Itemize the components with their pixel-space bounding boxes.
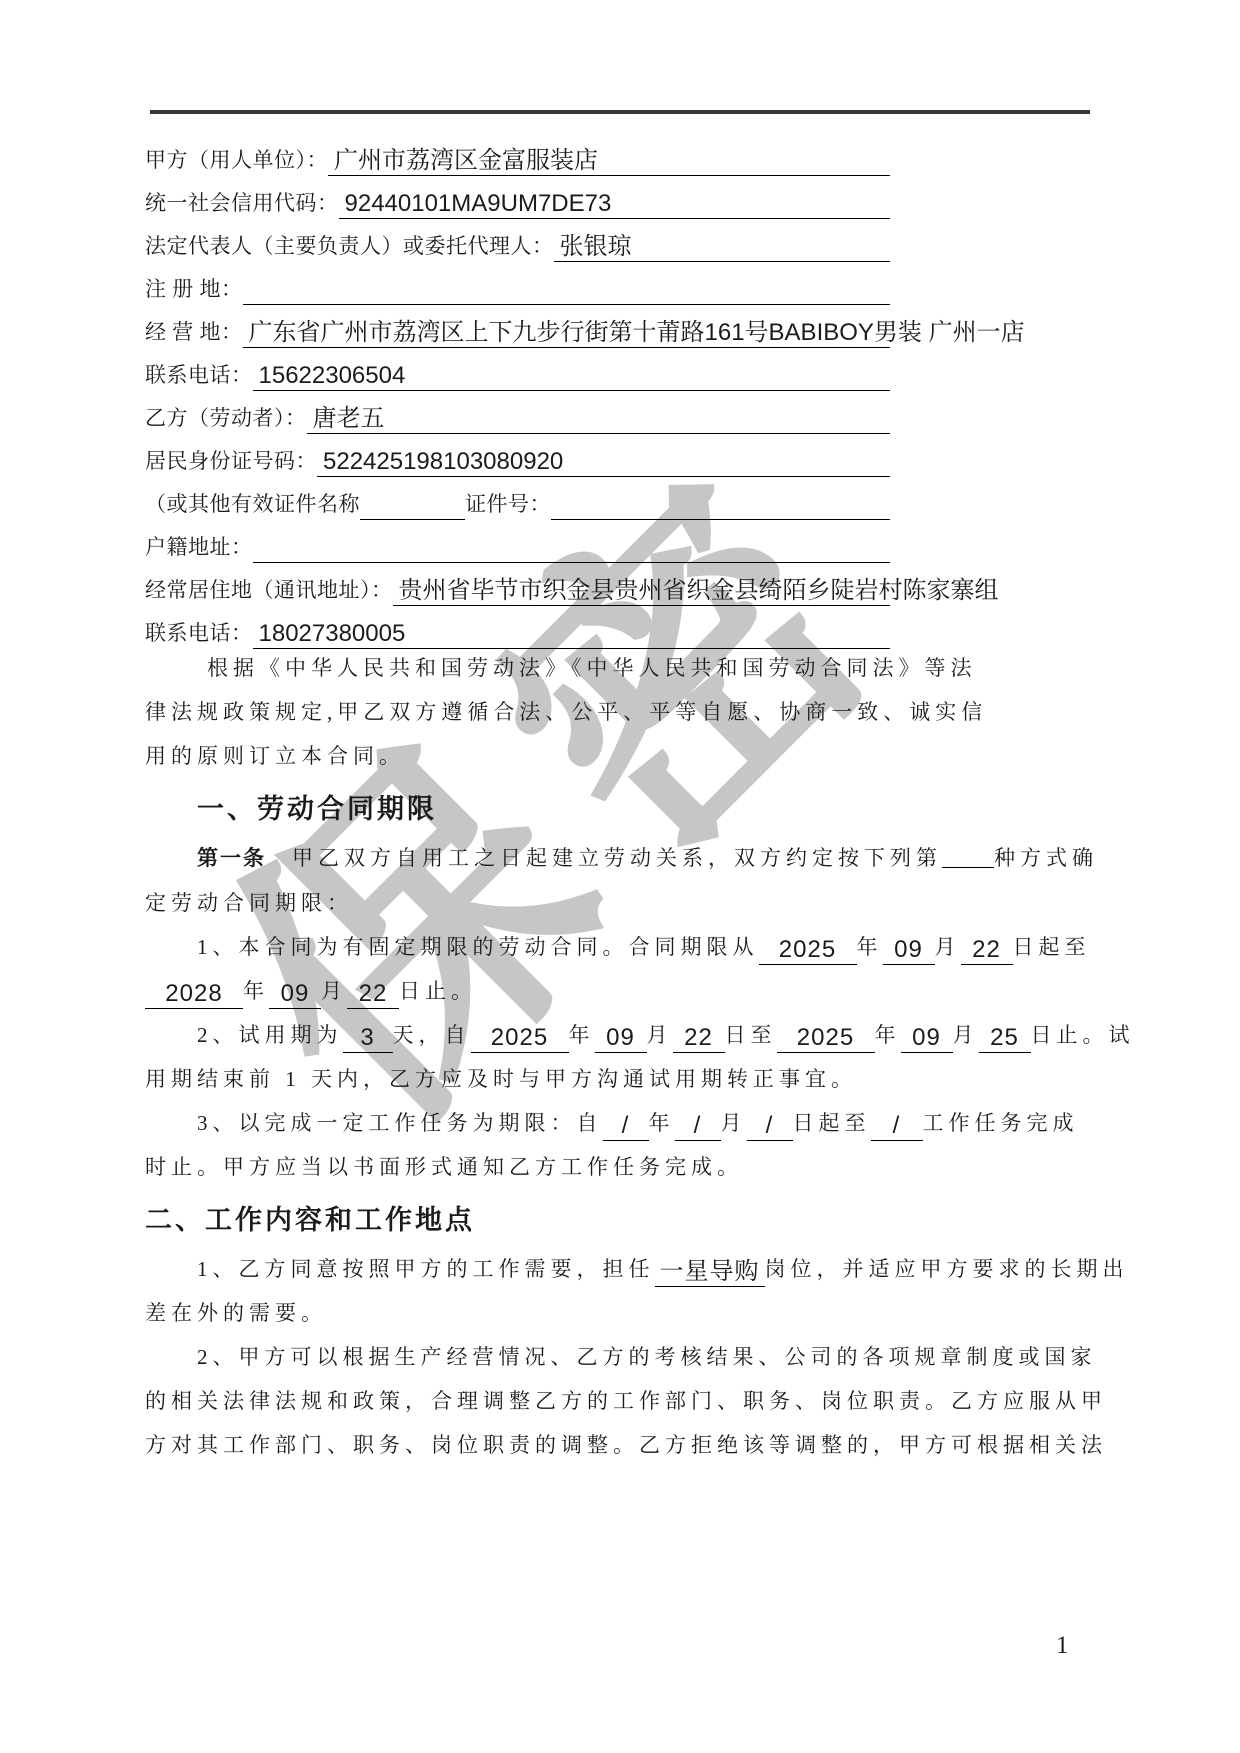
- text-segment: 的相关法律法规和政策，合理调整乙方的工作部门、职务、岗位职责。乙方应服从甲: [145, 1389, 1107, 1413]
- text-line: 律法规政策规定,甲乙双方遵循合法、公平、平等自愿、协商一致、诚实信: [145, 690, 1105, 734]
- text-segment: 岗位，并适应甲方要求的长期出: [765, 1257, 1129, 1281]
- clause1-paragraph: 第一条 甲乙双方自用工之日起建立劳动关系，双方约定按下列第种方式确定劳动合同期限…: [145, 836, 1105, 925]
- form-row-registered-address: 注 册 地：: [145, 262, 890, 305]
- term-item3-paragraph: 3、以完成一定工作任务为期限：自/年/月/日起至/工作任务完成时止。甲方应当以书…: [145, 1101, 1105, 1189]
- field-value: [243, 304, 891, 305]
- field-label: 乙方（劳动者）：: [145, 402, 307, 434]
- text-segment: 日至: [725, 1023, 777, 1047]
- section2-heading: 二、工作内容和工作地点: [145, 1197, 1105, 1243]
- fill-in-value: 2025: [777, 1024, 875, 1053]
- section1-heading: 一、劳动合同期限: [145, 786, 1105, 832]
- text-segment: 1、本合同为有固定期限的劳动合同。合同期限从: [197, 935, 759, 959]
- text-segment: 差在外的需要。: [145, 1301, 327, 1325]
- text-segment: 工作任务完成: [923, 1111, 1079, 1135]
- field-value: 张银琼: [554, 232, 891, 262]
- field-label: 居民身份证号码：: [145, 445, 317, 477]
- field-value: 92440101MA9UM7DE73: [339, 189, 891, 219]
- form-row-employee: 乙方（劳动者）： 唐老五: [145, 391, 890, 434]
- text-segment: 年: [243, 979, 269, 1003]
- text-segment: 第一条: [197, 847, 266, 870]
- text-line: 2028年09月22日止。: [145, 969, 1105, 1013]
- field-label: 证件号：: [465, 488, 551, 520]
- fill-in-value: 2025: [471, 1024, 569, 1053]
- form-row-household-address: 户籍地址：: [145, 520, 890, 563]
- text-segment: 月: [321, 979, 347, 1003]
- text-segment: 年: [649, 1111, 675, 1135]
- fill-in-value: [942, 867, 994, 868]
- text-line: 用的原则订立本合同。: [145, 734, 1105, 778]
- form-row-residence-address: 经常居住地（通讯地址）： 贵州省毕节市织金县贵州省织金县绮陌乡陡岩村陈家寨组: [145, 563, 890, 606]
- page-number: 1: [1056, 1632, 1069, 1660]
- field-label: 法定代表人（主要负责人）或委托代理人：: [145, 230, 554, 262]
- fill-in-value: 一星导购: [655, 1258, 765, 1287]
- fill-in-value: 22: [961, 936, 1013, 965]
- text-line: 时止。甲方应当以书面形式通知乙方工作任务完成。: [145, 1145, 1105, 1189]
- text-segment: 2、试用期为: [197, 1023, 343, 1047]
- form-row-employer-phone: 联系电话： 15622306504: [145, 348, 890, 391]
- fill-in-value: 2028: [145, 980, 243, 1009]
- field-label: 联系电话：: [145, 617, 253, 649]
- header-rule: [150, 110, 1090, 114]
- fill-in-value: 25: [979, 1024, 1031, 1053]
- term-item1-paragraph: 1、本合同为有固定期限的劳动合同。合同期限从2025年09月22日起至2028年…: [145, 925, 1105, 1013]
- field-label: 统一社会信用代码：: [145, 187, 339, 219]
- fill-in-value: 3: [343, 1024, 393, 1053]
- field-label: 联系电话：: [145, 359, 253, 391]
- text-line: 3、以完成一定工作任务为期限：自/年/月/日起至/工作任务完成: [145, 1101, 1105, 1145]
- text-segment: 月: [721, 1111, 747, 1135]
- text-segment: 定劳动合同期限：: [145, 891, 353, 915]
- form-row-legal-representative: 法定代表人（主要负责人）或委托代理人： 张银琼: [145, 219, 890, 262]
- work-item1-paragraph: 1、乙方同意按照甲方的工作需要，担任一星导购岗位，并适应甲方要求的长期出差在外的…: [145, 1247, 1105, 1335]
- field-label: 经 营 地：: [145, 316, 243, 348]
- text-segment: 3、以完成一定工作任务为期限：自: [197, 1111, 603, 1135]
- text-line: 差在外的需要。: [145, 1291, 1105, 1335]
- text-segment: 2、甲方可以根据生产经营情况、乙方的考核结果、公司的各项规章制度或国家: [197, 1345, 1097, 1369]
- text-line: 1、乙方同意按照甲方的工作需要，担任一星导购岗位，并适应甲方要求的长期出: [145, 1247, 1105, 1291]
- intro-paragraph: 根据《中华人民共和国劳动法》《中华人民共和国劳动合同法》等法律法规政策规定,甲乙…: [145, 646, 1105, 778]
- text-segment: 月: [935, 935, 961, 959]
- field-value: 唐老五: [307, 404, 891, 434]
- field-label: 户籍地址：: [145, 531, 253, 563]
- text-line: 根据《中华人民共和国劳动法》《中华人民共和国劳动合同法》等法: [145, 646, 1105, 690]
- text-line: 1、本合同为有固定期限的劳动合同。合同期限从2025年09月22日起至: [145, 925, 1105, 969]
- text-segment: 月: [953, 1023, 979, 1047]
- text-segment: 年: [857, 935, 883, 959]
- field-value: [253, 562, 891, 563]
- fill-in-value: /: [871, 1112, 923, 1141]
- field-value: [551, 519, 890, 520]
- text-segment: 种方式确: [994, 846, 1098, 870]
- text-segment: 时止。甲方应当以书面形式通知乙方工作任务完成。: [145, 1155, 743, 1179]
- fill-in-value: /: [603, 1112, 649, 1141]
- field-label: 甲方（用人单位）：: [145, 144, 328, 176]
- fill-in-value: /: [675, 1112, 721, 1141]
- field-value: 522425198103080920: [317, 447, 890, 477]
- field-value: 18027380005: [253, 619, 891, 649]
- text-segment: 天，自: [393, 1023, 471, 1047]
- text-segment: 根据《中华人民共和国劳动法》《中华人民共和国劳动合同法》等法: [207, 656, 977, 680]
- text-segment: 日止。试: [1031, 1023, 1135, 1047]
- fill-in-value: 2025: [759, 936, 857, 965]
- contract-header-form: 甲方（用人单位）： 广州市荔湾区金富服装店 统一社会信用代码： 92440101…: [145, 133, 890, 649]
- fill-in-value: 09: [901, 1024, 953, 1053]
- text-line: 方对其工作部门、职务、岗位职责的调整。乙方拒绝该等调整的，甲方可根据相关法: [145, 1423, 1105, 1467]
- field-label: （或其他有效证件名称: [145, 488, 360, 520]
- field-value: 广州市荔湾区金富服装店: [328, 146, 890, 176]
- text-segment: 日起至: [793, 1111, 871, 1135]
- work-item2-paragraph: 2、甲方可以根据生产经营情况、乙方的考核结果、公司的各项规章制度或国家的相关法律…: [145, 1335, 1105, 1467]
- text-line: 的相关法律法规和政策，合理调整乙方的工作部门、职务、岗位职责。乙方应服从甲: [145, 1379, 1105, 1423]
- text-segment: 1、乙方同意按照甲方的工作需要，担任: [197, 1257, 655, 1281]
- text-line: 2、试用期为3天，自2025年09月22日至2025年09月25日止。试: [145, 1013, 1105, 1057]
- fill-in-value: 09: [269, 980, 321, 1009]
- text-line: 用期结束前 1 天内，乙方应及时与甲方沟通试用期转正事宜。: [145, 1057, 1105, 1101]
- field-value: 贵州省毕节市织金县贵州省织金县绮陌乡陡岩村陈家寨组: [393, 576, 891, 606]
- text-line: 定劳动合同期限：: [145, 881, 1105, 925]
- fill-in-value: 09: [883, 936, 935, 965]
- text-segment: 用的原则订立本合同。: [145, 744, 405, 768]
- text-segment: 方对其工作部门、职务、岗位职责的调整。乙方拒绝该等调整的，甲方可根据相关法: [145, 1433, 1107, 1457]
- text-segment: 甲乙双方自用工之日起建立劳动关系，双方约定按下列第: [266, 846, 942, 870]
- form-row-id-number: 居民身份证号码： 522425198103080920: [145, 434, 890, 477]
- fill-in-value: /: [747, 1112, 793, 1141]
- text-segment: 日止。: [399, 979, 477, 1003]
- text-segment: 日起至: [1013, 935, 1091, 959]
- contract-page: 保密 甲方（用人单位）： 广州市荔湾区金富服装店 统一社会信用代码： 92440…: [0, 0, 1240, 1753]
- form-row-business-address: 经 营 地： 广东省广州市荔湾区上下九步行街第十莆路161号BABIBOY男装 …: [145, 305, 890, 348]
- field-value: 广东省广州市荔湾区上下九步行街第十莆路161号BABIBOY男装 广州一店: [243, 318, 891, 348]
- form-row-other-id: （或其他有效证件名称 证件号：: [145, 477, 890, 520]
- contract-body: 根据《中华人民共和国劳动法》《中华人民共和国劳动合同法》等法律法规政策规定,甲乙…: [145, 646, 1105, 1467]
- text-segment: 年: [569, 1023, 595, 1047]
- field-value: 15622306504: [253, 361, 891, 391]
- text-line: 2、甲方可以根据生产经营情况、乙方的考核结果、公司的各项规章制度或国家: [145, 1335, 1105, 1379]
- fill-in-value: 22: [347, 980, 399, 1009]
- text-segment: 年: [875, 1023, 901, 1047]
- text-segment: 律法规政策规定,甲乙双方遵循合法、公平、平等自愿、协商一致、诚实信: [145, 700, 987, 724]
- form-row-employer: 甲方（用人单位）： 广州市荔湾区金富服装店: [145, 133, 890, 176]
- term-item2-paragraph: 2、试用期为3天，自2025年09月22日至2025年09月25日止。试用期结束…: [145, 1013, 1105, 1101]
- text-line: 第一条 甲乙双方自用工之日起建立劳动关系，双方约定按下列第种方式确: [145, 836, 1105, 881]
- form-row-employee-phone: 联系电话： 18027380005: [145, 606, 890, 649]
- fill-in-value: 09: [595, 1024, 647, 1053]
- text-segment: 月: [647, 1023, 673, 1047]
- form-row-credit-code: 统一社会信用代码： 92440101MA9UM7DE73: [145, 176, 890, 219]
- field-label: 注 册 地：: [145, 273, 243, 305]
- blank-underline: [360, 490, 465, 520]
- text-segment: 用期结束前 1 天内，乙方应及时与甲方沟通试用期转正事宜。: [145, 1067, 857, 1091]
- field-label: 经常居住地（通讯地址）：: [145, 574, 393, 606]
- fill-in-value: 22: [673, 1024, 725, 1053]
